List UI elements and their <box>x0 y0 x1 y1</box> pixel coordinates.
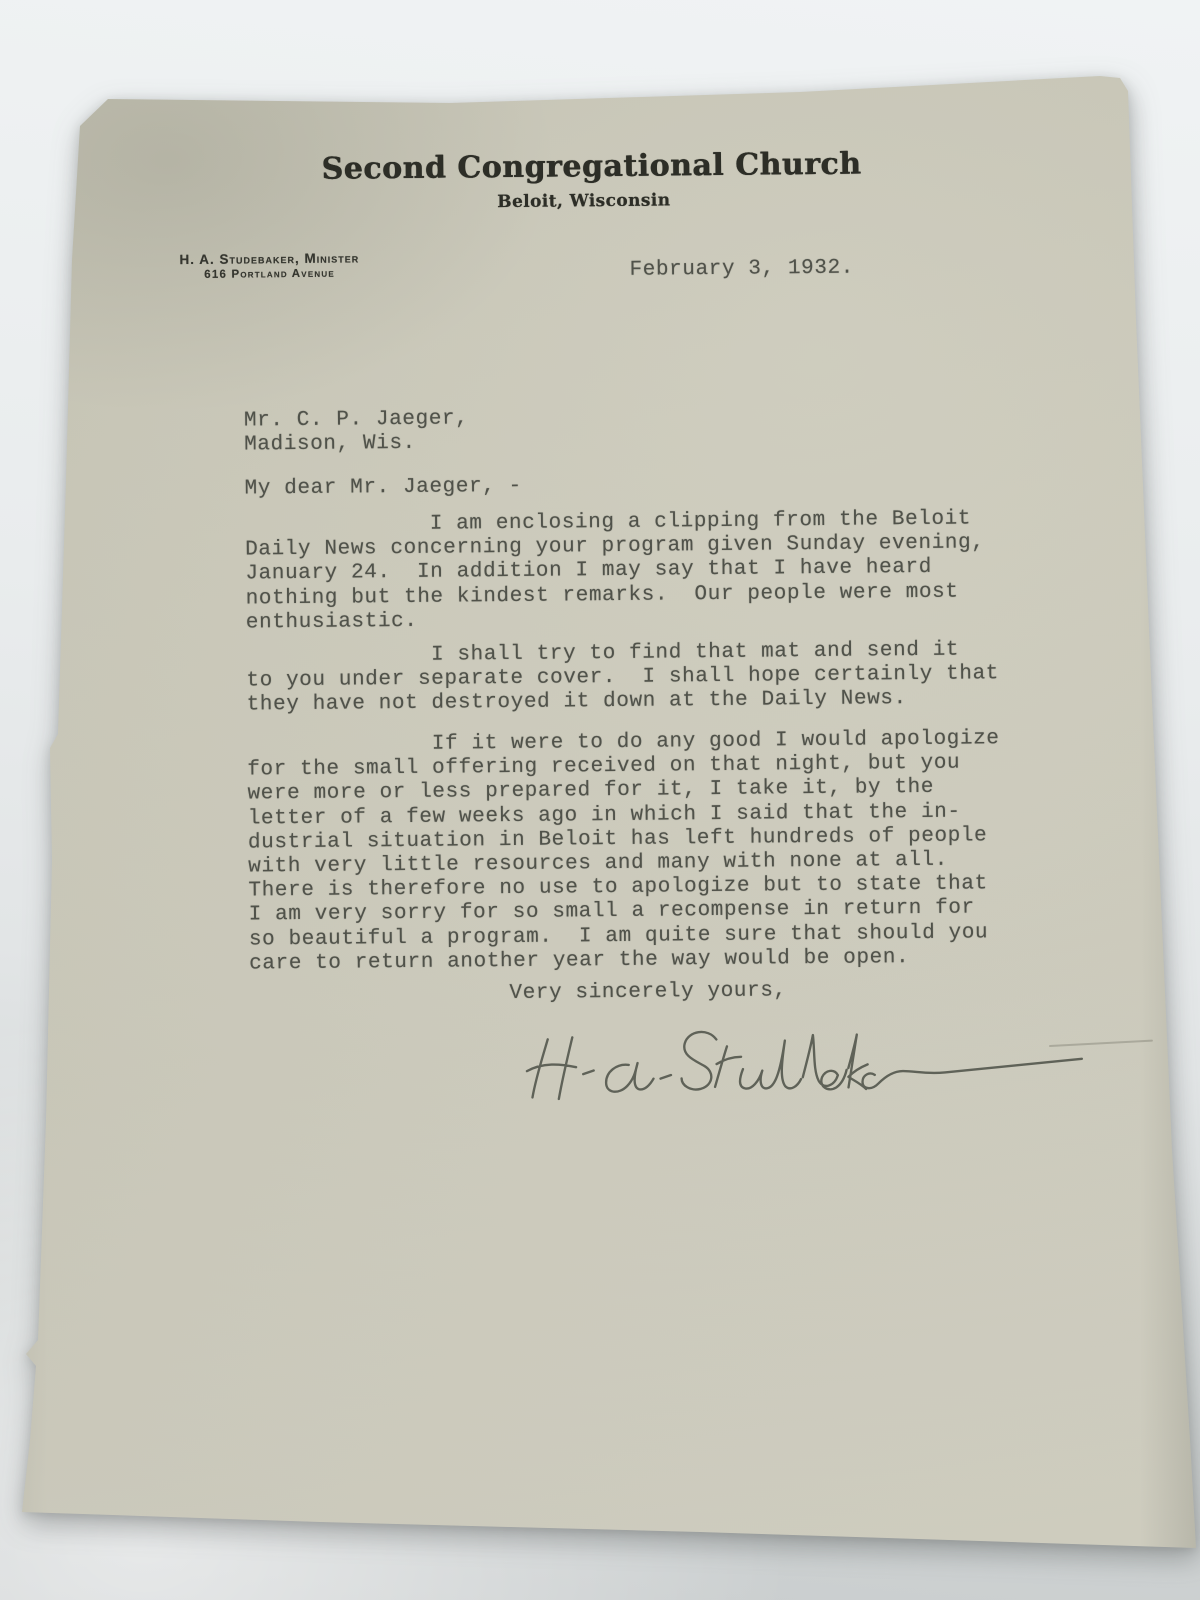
paragraph-2: I shall try to find that mat and send it… <box>246 638 999 718</box>
minister-name-line: H. A. Studebaker, Minister <box>154 249 384 268</box>
salutation: My dear Mr. Jaeger, - <box>244 475 521 502</box>
signature-handwriting <box>525 1021 1088 1112</box>
photo-background: Second Congregational Church Beloit, Wis… <box>0 0 1200 1600</box>
letterhead-location: Beloit, Wisconsin <box>284 187 884 215</box>
recipient-block: Mr. C. P. Jaeger, Madison, Wis. <box>244 407 469 458</box>
paragraph-1: I am enclosing a clipping from the Beloi… <box>245 507 985 635</box>
minister-address-line: 616 Portland Avenue <box>154 266 384 283</box>
closing-line: Very sincerely yours, <box>509 979 786 1006</box>
letter-date: February 3, 1932. <box>629 257 854 283</box>
letter-content: Second Congregational Church Beloit, Wis… <box>0 0 1200 1600</box>
paragraph-3: If it were to do any good I would apolog… <box>247 727 1002 976</box>
paper-shadow-wrap: Second Congregational Church Beloit, Wis… <box>0 0 1200 1600</box>
letter-paper: Second Congregational Church Beloit, Wis… <box>0 0 1200 1600</box>
letterhead-church-name: Second Congregational Church <box>291 147 891 187</box>
letterhead-minister-block: H. A. Studebaker, Minister 616 Portland … <box>154 249 384 283</box>
